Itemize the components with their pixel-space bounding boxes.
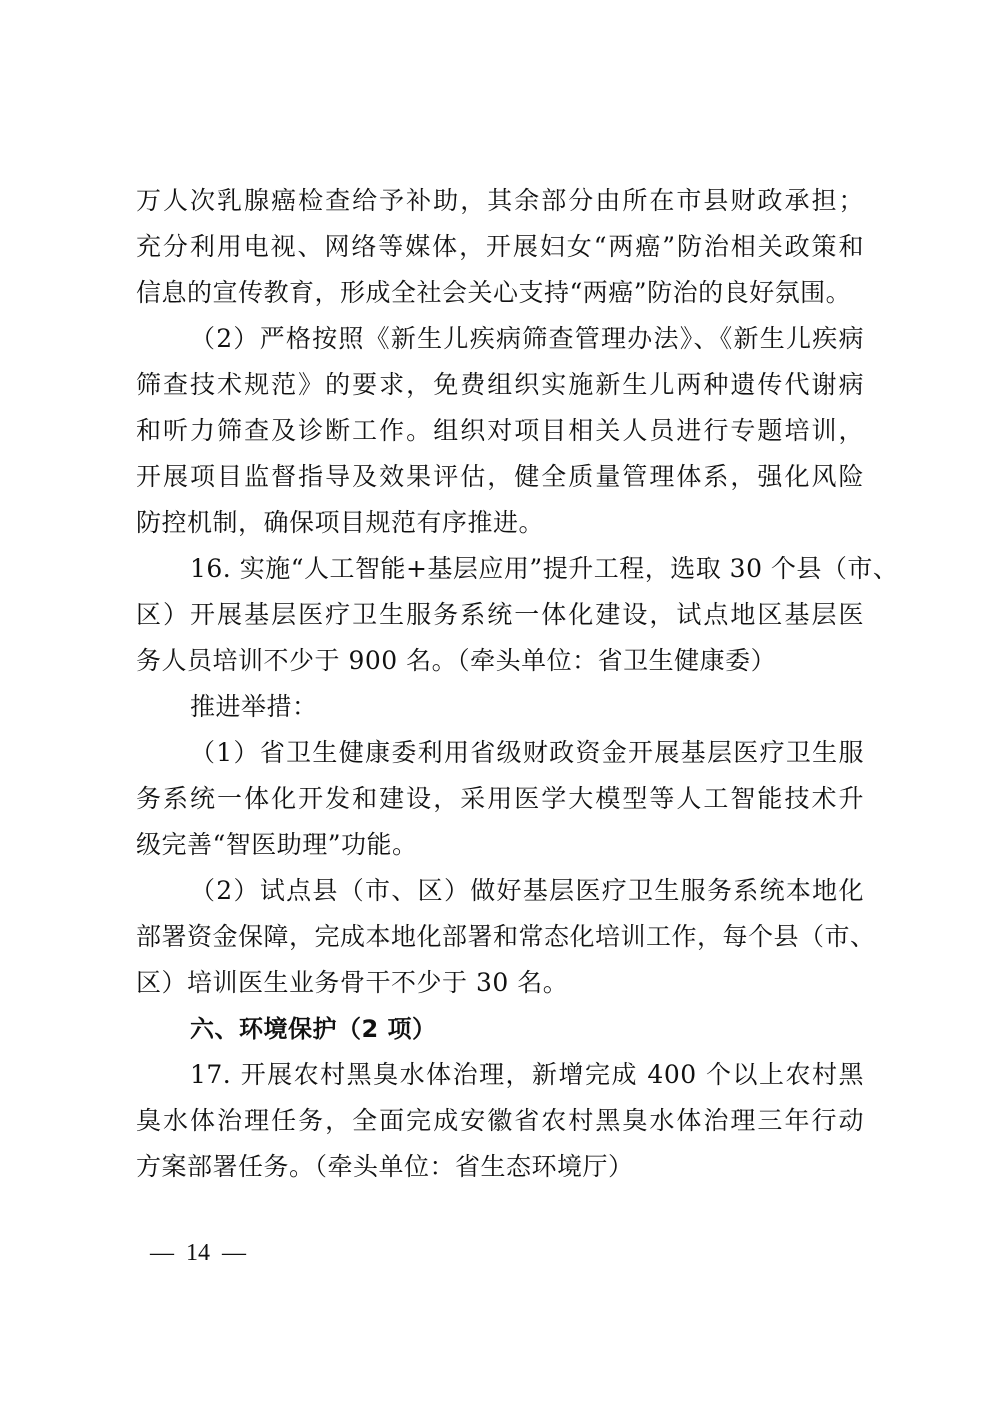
paragraph-line: 防控机制，确保项目规范有序推进。 <box>136 500 864 546</box>
paragraph-line: 万人次乳腺癌检查给予补助，其余部分由所在市县财政承担； <box>136 178 864 224</box>
paragraph-line: （2）严格按照《新生儿疾病筛查管理办法》、《新生儿疾病 <box>136 316 864 362</box>
item-17-line: 17. 开展农村黑臭水体治理，新增完成 400 个以上农村黑 <box>136 1052 864 1098</box>
item-17-line: 方案部署任务。（牵头单位：省生态环境厅） <box>136 1144 864 1190</box>
measure-1-line: 级完善“智医助理”功能。 <box>136 822 864 868</box>
paragraph-line: 筛查技术规范》的要求，免费组织实施新生儿两种遗传代谢病 <box>136 362 864 408</box>
measures-label: 推进举措： <box>136 684 864 730</box>
section-heading-environment: 六、环境保护（2 项） <box>136 1006 864 1052</box>
measure-1-line: 务系统一体化开发和建设，采用医学大模型等人工智能技术升 <box>136 776 864 822</box>
paragraph-line: 开展项目监督指导及效果评估，健全质量管理体系，强化风险 <box>136 454 864 500</box>
measure-2-line: （2）试点县（市、区）做好基层医疗卫生服务系统本地化 <box>136 868 864 914</box>
document-body: 万人次乳腺癌检查给予补助，其余部分由所在市县财政承担； 充分利用电视、网络等媒体… <box>136 178 864 1190</box>
item-16-line: 16. 实施“人工智能+基层应用”提升工程，选取 30 个县（市、 <box>136 546 864 592</box>
paragraph-line: 充分利用电视、网络等媒体，开展妇女“两癌”防治相关政策和 <box>136 224 864 270</box>
item-16-line: 区）开展基层医疗卫生服务系统一体化建设，试点地区基层医 <box>136 592 864 638</box>
paragraph-line: 信息的宣传教育，形成全社会关心支持“两癌”防治的良好氛围。 <box>136 270 864 316</box>
item-16-line: 务人员培训不少于 900 名。（牵头单位：省卫生健康委） <box>136 638 864 684</box>
page-number: — 14 — <box>150 1240 246 1267</box>
paragraph-line: 和听力筛查及诊断工作。组织对项目相关人员进行专题培训， <box>136 408 864 454</box>
measure-2-line: 区）培训医生业务骨干不少于 30 名。 <box>136 960 864 1006</box>
measure-1-line: （1）省卫生健康委利用省级财政资金开展基层医疗卫生服 <box>136 730 864 776</box>
measure-2-line: 部署资金保障，完成本地化部署和常态化培训工作，每个县（市、 <box>136 914 864 960</box>
item-17-line: 臭水体治理任务，全面完成安徽省农村黑臭水体治理三年行动 <box>136 1098 864 1144</box>
